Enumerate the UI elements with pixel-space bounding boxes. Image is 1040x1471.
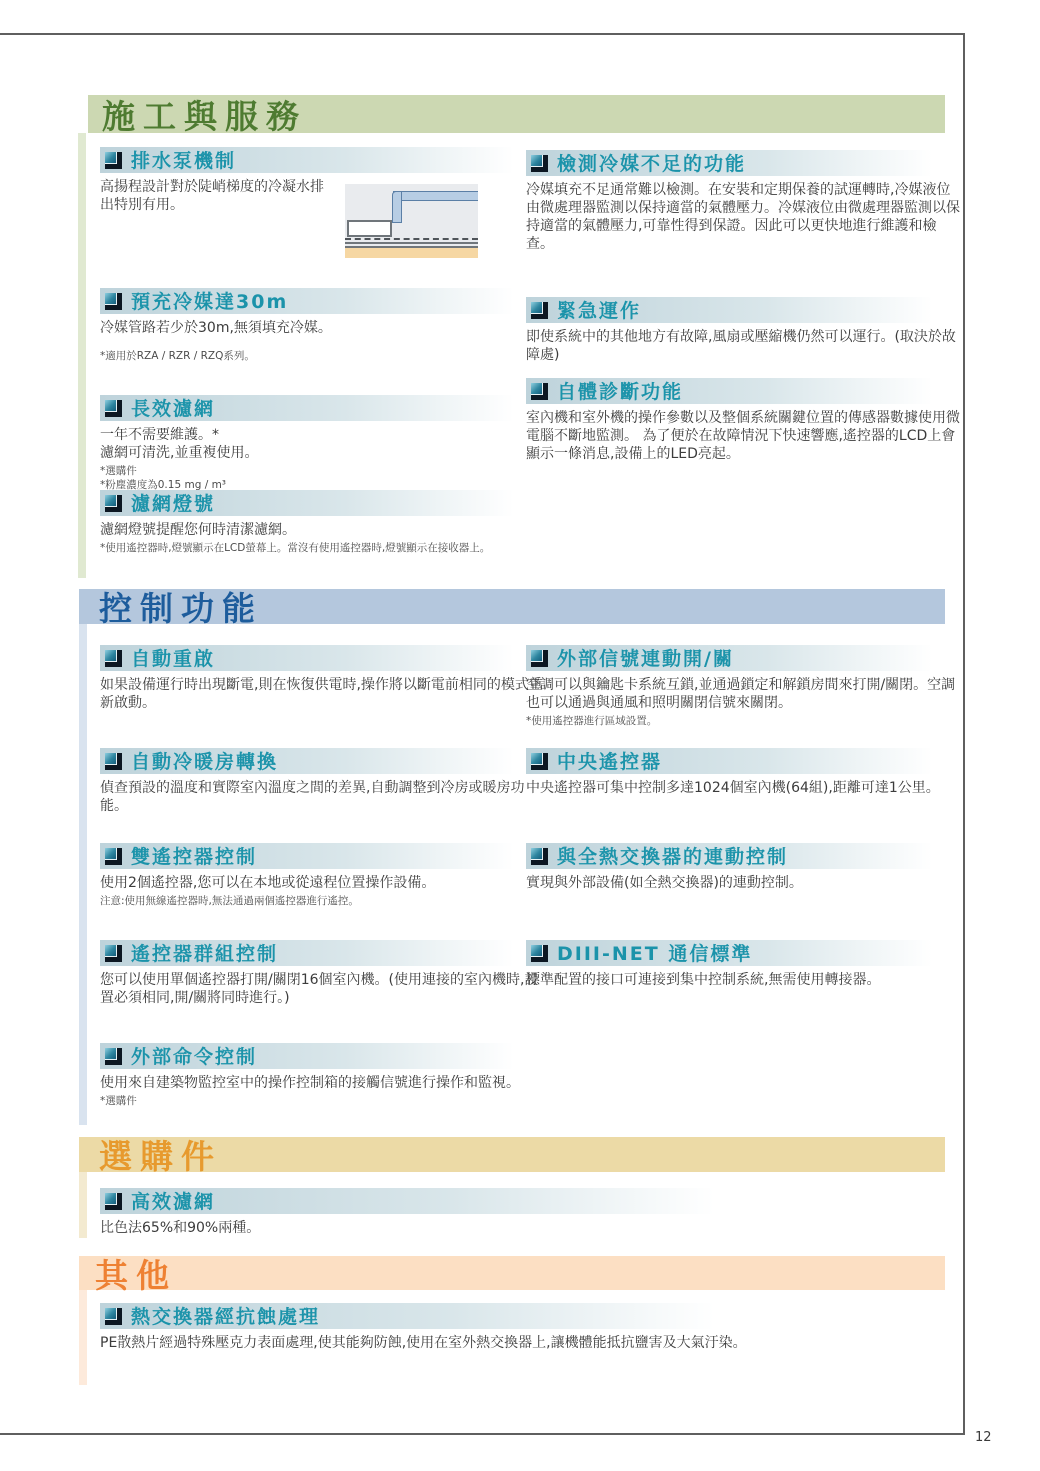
ceiling-board-line [345, 246, 478, 248]
feature-body: 偵查預設的溫度和實際室內溫度之間的差異,自動調整到冷房或暖房功能。 [100, 779, 545, 815]
feature-central-remote: 中央遙控器 中央遙控器可集中控制多達1024個室內機(64組),距離可達1公里。 [526, 748, 963, 797]
feature-title: DIII-NET 通信標準 [557, 939, 752, 968]
square-bullet-icon [105, 495, 122, 512]
section-left-strip [78, 133, 86, 578]
square-bullet-icon [105, 293, 122, 310]
square-bullet-icon [105, 1048, 122, 1065]
section-title-optional: 選購件 [79, 1131, 222, 1178]
feature-title: 高效濾網 [131, 1187, 215, 1216]
square-bullet-icon [105, 945, 122, 962]
feature-two-remote: 雙遙控器控制 使用2個遙控器,您可以在本地或從遠程位置操作設備。 注意:使用無線… [100, 843, 545, 909]
feature-title: 外部信號連動開/關 [557, 644, 734, 673]
feature-title: 遙控器群組控制 [131, 939, 278, 968]
feature-title: 中央遙控器 [557, 747, 662, 776]
square-bullet-icon [531, 848, 548, 865]
square-bullet-icon [105, 848, 122, 865]
section-title-control: 控制功能 [79, 583, 263, 630]
section-title-others: 其他 [79, 1250, 177, 1297]
feature-emergency: 緊急運作 即使系統中的其他地方有故障,風扇或壓縮機仍然可以運行。(取決於故障處) [526, 297, 963, 364]
feature-header: 長效濾網 [100, 395, 545, 421]
ceiling-dashed-line [345, 238, 478, 240]
feature-auto-changeover: 自動冷暖房轉換 偵查預設的溫度和實際室內溫度之間的差異,自動調整到冷房或暖房功能… [100, 748, 545, 815]
square-bullet-icon [105, 152, 122, 169]
feature-header: DIII-NET 通信標準 [526, 940, 963, 966]
feature-title: 濾網燈號 [131, 489, 215, 518]
feature-header: 雙遙控器控制 [100, 843, 545, 869]
feature-body: 高揚程設計對於陡峭梯度的冷凝水排出特別有用。 [100, 178, 325, 214]
feature-body: 冷媒填充不足通常難以檢測。在安裝和定期保養的試運轉時,冷媒液位由微處理器監測以保… [526, 181, 963, 253]
feature-drain-pump: 排水泵機制 高揚程設計對於陡峭梯度的冷凝水排出特別有用。 [100, 147, 545, 214]
feature-note: *使用遙控器時,燈號顯示在LCD螢幕上。當沒有使用遙控器時,燈號顯示在接收器上。 [100, 542, 545, 556]
feature-body: 室內機和室外機的操作參數以及整個系統關鍵位置的傳感器數據使用微電腦不斷地監測。 … [526, 409, 963, 463]
drain-pipe-horizontal [393, 191, 478, 201]
feature-body: PE散熱片經過特殊壓克力表面處理,使其能夠防蝕,使用在室外熱交換器上,讓機體能抵… [100, 1334, 980, 1352]
square-bullet-icon [105, 1193, 122, 1210]
section-title-construction: 施工與服務 [88, 91, 307, 138]
feature-high-efficiency-filter: 高效濾網 比色法65%和90%兩種。 [100, 1188, 740, 1237]
floor-slab-band [345, 248, 478, 258]
square-bullet-icon [531, 383, 548, 400]
feature-title: 自動重啟 [131, 644, 215, 673]
square-bullet-icon [531, 945, 548, 962]
feature-filter-sign: 濾網燈號 濾網燈號提醒您何時清潔濾網。 *使用遙控器時,燈號顯示在LCD螢幕上。… [100, 490, 545, 556]
square-bullet-icon [531, 155, 548, 172]
feature-title: 自動冷暖房轉換 [131, 747, 278, 776]
feature-external-signal: 外部信號連動開/關 空調可以與鑰匙卡系統互鎖,並通過鎖定和解鎖房間來打開/關閉。… [526, 645, 963, 729]
feature-body: 冷媒管路若少於30m,無須填充冷媒。 [100, 319, 545, 337]
feature-body: 實現與外部設備(如全熱交換器)的連動控制。 [526, 874, 963, 892]
feature-header: 中央遙控器 [526, 748, 963, 774]
feature-header: 外部信號連動開/關 [526, 645, 963, 671]
feature-title: 與全熱交換器的連動控制 [557, 842, 788, 871]
square-bullet-icon [105, 753, 122, 770]
feature-anticorrosion: 熱交換器經抗蝕處理 PE散熱片經過特殊壓克力表面處理,使其能夠防蝕,使用在室外熱… [100, 1303, 740, 1352]
feature-note: *選購件 [100, 1095, 545, 1109]
section-left-strip [79, 1172, 87, 1238]
feature-header: 預充冷媒達30m [100, 288, 545, 314]
feature-body: 濾網燈號提醒您何時清潔濾網。 [100, 521, 545, 539]
square-bullet-icon [531, 753, 548, 770]
feature-note: 注意:使用無線遙控器時,無法通過兩個遙控器進行遙控。 [100, 895, 545, 909]
feature-body: 如果設備運行時出現斷電,則在恢復供電時,操作將以斷電前相同的模式重新啟動。 [100, 676, 545, 712]
square-bullet-icon [105, 400, 122, 417]
square-bullet-icon [531, 302, 548, 319]
section-left-strip [79, 624, 87, 1125]
feature-body: 一年不需要維護。* 濾網可清洗,並重複使用。 [100, 426, 545, 462]
feature-header: 自動重啟 [100, 645, 545, 671]
section-header-optional: 選購件 [79, 1137, 945, 1172]
feature-long-life-filter: 長效濾網 一年不需要維護。* 濾網可清洗,並重複使用。 *選購件 *粉塵濃度為0… [100, 395, 545, 492]
feature-title: 排水泵機制 [131, 146, 236, 175]
feature-header: 檢測冷媒不足的功能 [526, 150, 963, 176]
square-bullet-icon [531, 650, 548, 667]
catalog-page: 施工與服務 排水泵機制 高揚程設計對於陡峭梯度的冷凝水排出特別有用。 預充冷媒達… [0, 0, 1040, 1471]
section-header-control: 控制功能 [79, 589, 945, 624]
feature-title: 雙遙控器控制 [131, 842, 257, 871]
feature-title: 熱交換器經抗蝕處理 [131, 1302, 320, 1331]
feature-body: 使用2個遙控器,您可以在本地或從遠程位置操作設備。 [100, 874, 545, 892]
feature-header: 濾網燈號 [100, 490, 545, 516]
square-bullet-icon [105, 1308, 122, 1325]
drain-piping-diagram [345, 184, 478, 258]
ceiling-board-line [345, 242, 478, 244]
feature-body: 中央遙控器可集中控制多達1024個室內機(64組),距離可達1公里。 [526, 779, 963, 797]
feature-header: 高效濾網 [100, 1188, 740, 1214]
feature-hrv-interlock: 與全熱交換器的連動控制 實現與外部設備(如全熱交換器)的連動控制。 [526, 843, 963, 892]
feature-body: 您可以使用單個遙控器打開/關閉16個室內機。(使用連接的室內機時,設置必須相同,… [100, 971, 545, 1007]
feature-header: 自動冷暖房轉換 [100, 748, 545, 774]
feature-diii-net: DIII-NET 通信標準 標準配置的接口可連接到集中控制系統,無需使用轉接器。 [526, 940, 963, 989]
page-number: 12 [975, 1430, 992, 1445]
feature-external-command: 外部命令控制 使用來自建築物監控室中的操作控制箱的接觸信號進行操作和監視。 *選… [100, 1043, 545, 1109]
feature-header: 排水泵機制 [100, 147, 545, 173]
section-left-strip [79, 1290, 87, 1385]
feature-title: 預充冷媒達30m [131, 287, 288, 316]
feature-body: 即使系統中的其他地方有故障,風扇或壓縮機仍然可以運行。(取決於故障處) [526, 328, 963, 364]
feature-header: 與全熱交換器的連動控制 [526, 843, 963, 869]
feature-title: 緊急運作 [557, 296, 641, 325]
feature-header: 自體診斷功能 [526, 378, 963, 404]
indoor-unit-box [347, 220, 392, 237]
feature-group-control: 遙控器群組控制 您可以使用單個遙控器打開/關閉16個室內機。(使用連接的室內機時… [100, 940, 545, 1007]
feature-self-diagnosis: 自體診斷功能 室內機和室外機的操作參數以及整個系統關鍵位置的傳感器數據使用微電腦… [526, 378, 963, 463]
feature-title: 檢測冷媒不足的功能 [557, 149, 746, 178]
feature-body: 比色法65%和90%兩種。 [100, 1219, 740, 1237]
feature-body: 空調可以與鑰匙卡系統互鎖,並通過鎖定和解鎖房間來打開/關閉。空調也可以通過與通風… [526, 676, 963, 712]
feature-header: 遙控器群組控制 [100, 940, 545, 966]
feature-header: 熱交換器經抗蝕處理 [100, 1303, 740, 1329]
feature-body: 使用來自建築物監控室中的操作控制箱的接觸信號進行操作和監視。 [100, 1074, 545, 1092]
section-header-construction: 施工與服務 [88, 95, 945, 133]
drain-pipe-riser [392, 191, 402, 223]
feature-header: 外部命令控制 [100, 1043, 545, 1069]
section-header-others: 其他 [79, 1256, 945, 1290]
feature-title: 外部命令控制 [131, 1042, 257, 1071]
square-bullet-icon [105, 650, 122, 667]
feature-auto-restart: 自動重啟 如果設備運行時出現斷電,則在恢復供電時,操作將以斷電前相同的模式重新啟… [100, 645, 545, 712]
feature-precharge: 預充冷媒達30m 冷媒管路若少於30m,無須填充冷媒。 *適用於RZA / RZ… [100, 288, 545, 364]
feature-note: *使用遙控器進行區域設置。 [526, 715, 963, 729]
feature-title: 長效濾網 [131, 394, 215, 423]
feature-refrigerant-detect: 檢測冷媒不足的功能 冷媒填充不足通常難以檢測。在安裝和定期保養的試運轉時,冷媒液… [526, 150, 963, 253]
feature-body: 標準配置的接口可連接到集中控制系統,無需使用轉接器。 [526, 971, 963, 989]
feature-title: 自體診斷功能 [557, 377, 683, 406]
feature-note: *適用於RZA / RZR / RZQ系列。 [100, 350, 545, 364]
feature-header: 緊急運作 [526, 297, 963, 323]
